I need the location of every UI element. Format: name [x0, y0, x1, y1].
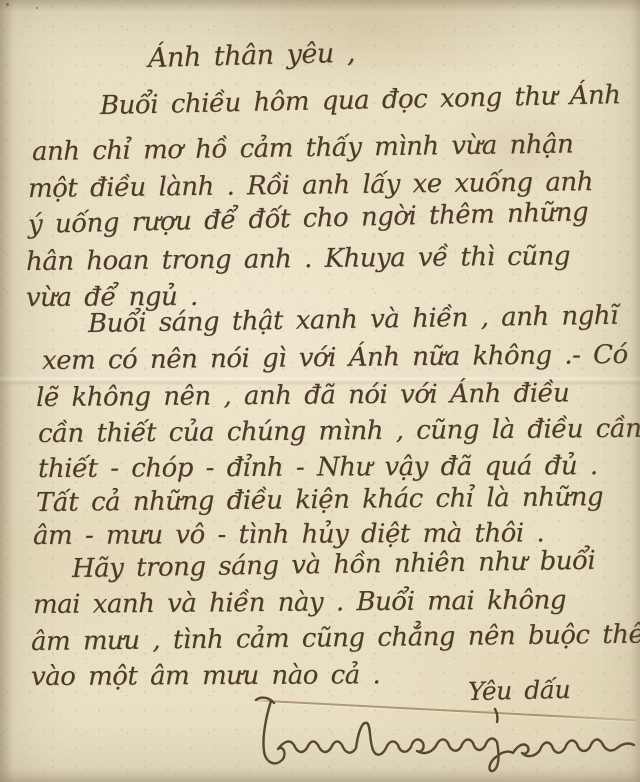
- letter-line: cần thiết của chúng mình , cũng là điều …: [38, 415, 640, 449]
- letter-line: âm mưu , tình cảm cũng chẳng nên buộc th…: [31, 620, 640, 656]
- letter-line: xem có nên nói gì với Ánh nữa không .- C…: [42, 341, 628, 376]
- letter-line: Hãy trong sáng và hồn nhiên như buổi: [72, 547, 596, 584]
- letter-line: Buổi sáng thật xanh và hiền , anh nghĩ: [88, 302, 618, 339]
- letter-line: thiết - chóp - đỉnh - Như vậy đã quá đủ …: [38, 452, 598, 484]
- ink-speck: [6, 3, 9, 6]
- letter-line: Buổi chiều hôm qua đọc xong thư Ánh: [100, 81, 621, 120]
- letter-line: mai xanh và hiền này . Buổi mai không: [33, 586, 566, 619]
- letter-line: anh chỉ mơ hồ cảm thấy mình vừa nhận: [32, 130, 574, 166]
- letter-line: ý uống rượu để đốt cho ngời thêm những: [28, 198, 589, 239]
- letter-line: âm - mưu vô - tình hủy diệt mà thôi .: [33, 519, 544, 550]
- signature: [250, 694, 640, 782]
- letter-photo: Ánh thân yêu , Buổi chiều hôm qua đọc xo…: [0, 0, 640, 782]
- letter-line: Tất cả những điều kiện khác chỉ là những: [36, 483, 603, 518]
- letter-line: hân hoan trong anh . Khuya về thì cũng: [26, 242, 570, 276]
- letter-line: lẽ không nên , anh đã nói với Ánh điều: [36, 379, 569, 412]
- letter-salutation: Ánh thân yêu ,: [148, 39, 356, 74]
- letter-line: vào một âm mưu nào cả .: [31, 661, 380, 691]
- ink-speck: [36, 7, 38, 9]
